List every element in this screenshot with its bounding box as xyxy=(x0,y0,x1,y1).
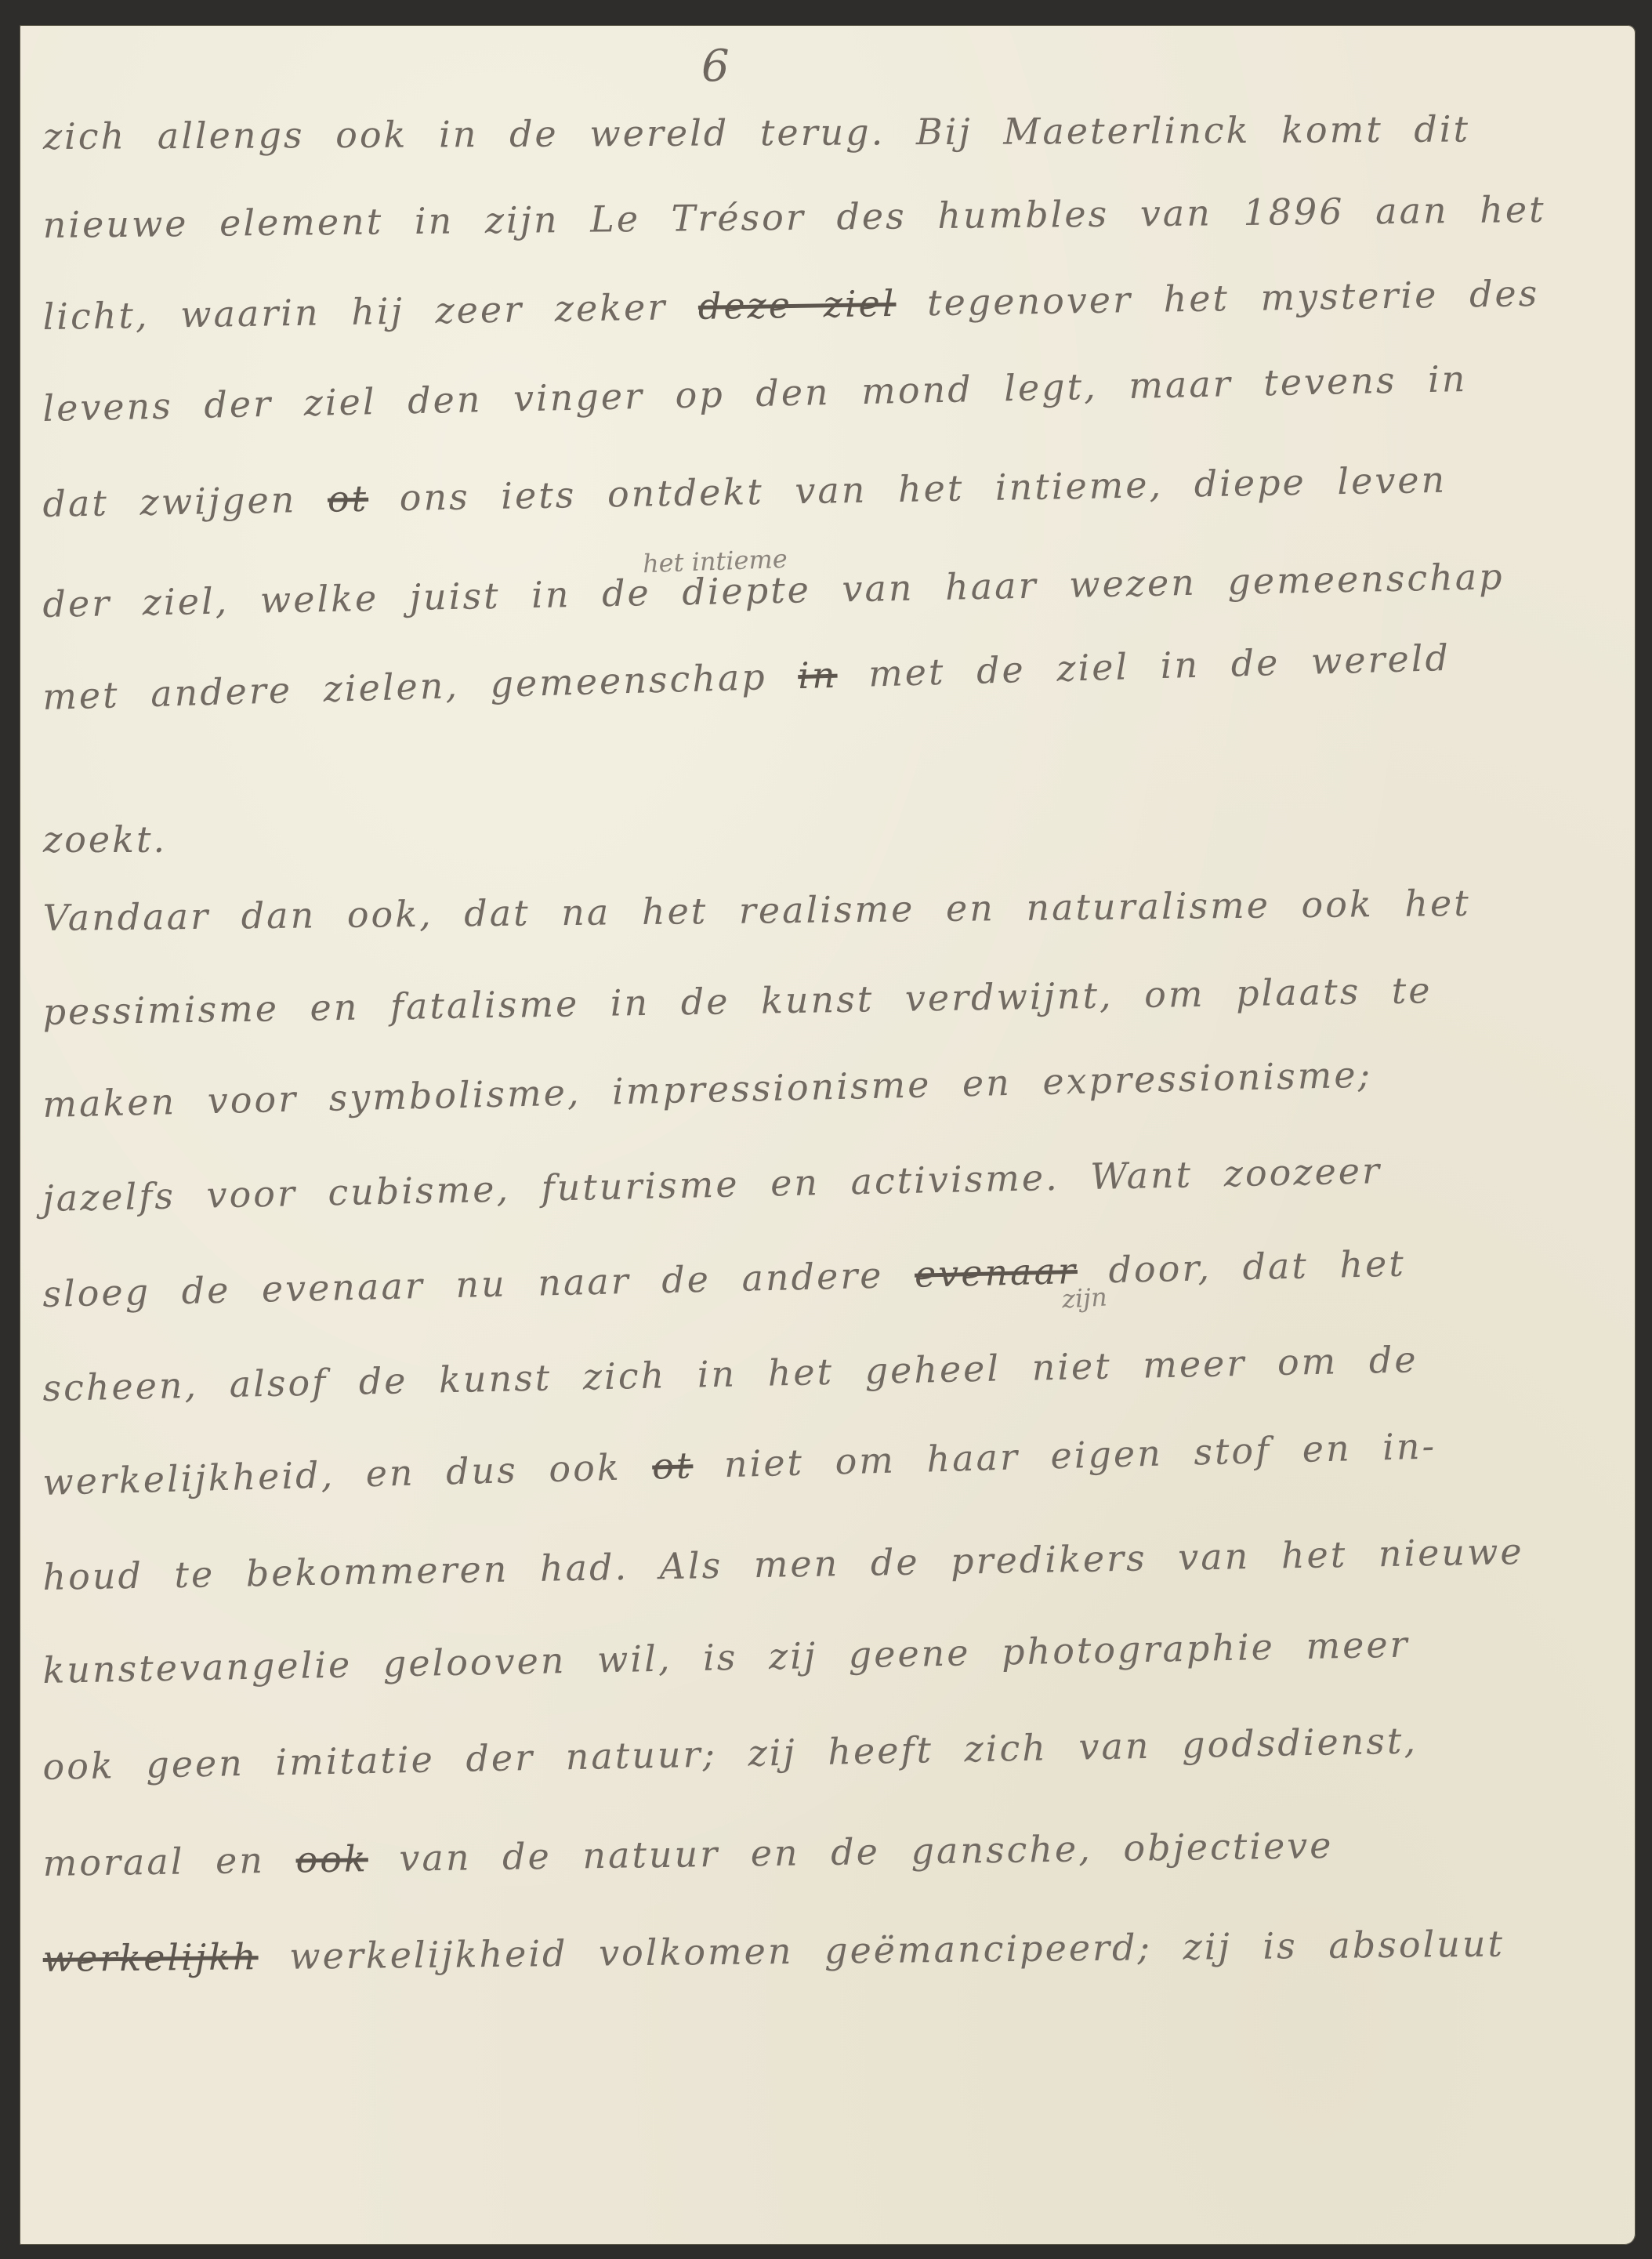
line-text: ons iets ontdekt van het intieme, diepe … xyxy=(368,459,1447,520)
line-text: sloeg de evenaar nu naar de andere xyxy=(42,1253,915,1315)
manuscript-line: zich allengs ook in de wereld terug. Bij… xyxy=(43,107,1610,158)
struck-through-text: werkelijkh xyxy=(42,1935,258,1980)
manuscript-line: houd te bekommeren had. Als men de predi… xyxy=(42,1528,1610,1598)
manuscript-line: werkelijkh werkelijkheid volkomen geëman… xyxy=(42,1921,1610,1980)
manuscript-line: sloeg de evenaar nu naar de andere evena… xyxy=(42,1238,1610,1315)
struck-through-text: in xyxy=(797,654,838,697)
manuscript-page: 6 zich allengs ook in de wereld terug. B… xyxy=(20,25,1636,2245)
manuscript-line: maken voor symbolisme, impressionisme en… xyxy=(42,1048,1610,1126)
manuscript-line: nieuwe element in zijn Le Trésor des hum… xyxy=(42,187,1610,246)
manuscript-line: jazelfs voor cubisme, futurisme en activ… xyxy=(42,1144,1610,1220)
manuscript-line: Vandaar dan ook, dat na het realisme en … xyxy=(42,880,1610,939)
line-text: met andere zielen, gemeenschap xyxy=(42,654,798,718)
line-text: licht, waarin hij zeer zeker xyxy=(42,285,698,338)
manuscript-line: met andere zielen, gemeenschap in met de… xyxy=(42,632,1610,718)
manuscript-line: pessimisme en fatalisme in de kunst verd… xyxy=(42,966,1610,1033)
manuscript-line: moraal en ook van de natuur en de gansch… xyxy=(42,1820,1610,1884)
struck-through-text: ot xyxy=(327,477,368,520)
manuscript-line: levens der ziel den vinger op den mond l… xyxy=(42,354,1610,430)
struck-through-text: evenaar xyxy=(914,1249,1078,1296)
line-text: van de natuur en de gansche, objectieve xyxy=(368,1824,1333,1880)
line-text: werkelijkheid volkomen geëmancipeerd; zi… xyxy=(258,1922,1505,1978)
line-text: werkelijkheid, en dus ook xyxy=(42,1445,653,1503)
line-text: moraal en xyxy=(42,1838,296,1884)
manuscript-line: kunstevangelie gelooven wil, is zij geen… xyxy=(42,1619,1610,1692)
line-text: dat zwijgen xyxy=(42,478,328,525)
manuscript-line: zoekt. xyxy=(43,818,1610,861)
manuscript-line: dat zwijgen ot ons iets ontdekt van het … xyxy=(42,455,1610,525)
line-text: tegenover het mysterie des xyxy=(896,272,1540,325)
manuscript-line: ook geen imitatie der natuur; zij heeft … xyxy=(42,1716,1610,1788)
page-number: 6 xyxy=(701,41,730,92)
struck-through-text: ot xyxy=(651,1444,694,1487)
struck-through-text: ook xyxy=(295,1837,368,1880)
manuscript-line: werkelijkheid, en dus ook ot niet om haa… xyxy=(42,1420,1610,1503)
struck-through-text: deze ziel xyxy=(697,282,896,328)
manuscript-line: der ziel, welke juist in de diepte van h… xyxy=(42,553,1610,625)
line-text: met de ziel in de wereld xyxy=(837,636,1451,696)
manuscript-line: scheen, alsof de kunst zich in het gehee… xyxy=(42,1334,1610,1409)
manuscript-line: licht, waarin hij zeer zeker deze ziel t… xyxy=(42,271,1610,338)
line-text: niet om haar eigen stof en in- xyxy=(693,1424,1437,1486)
line-text: door, dat het xyxy=(1077,1242,1406,1292)
